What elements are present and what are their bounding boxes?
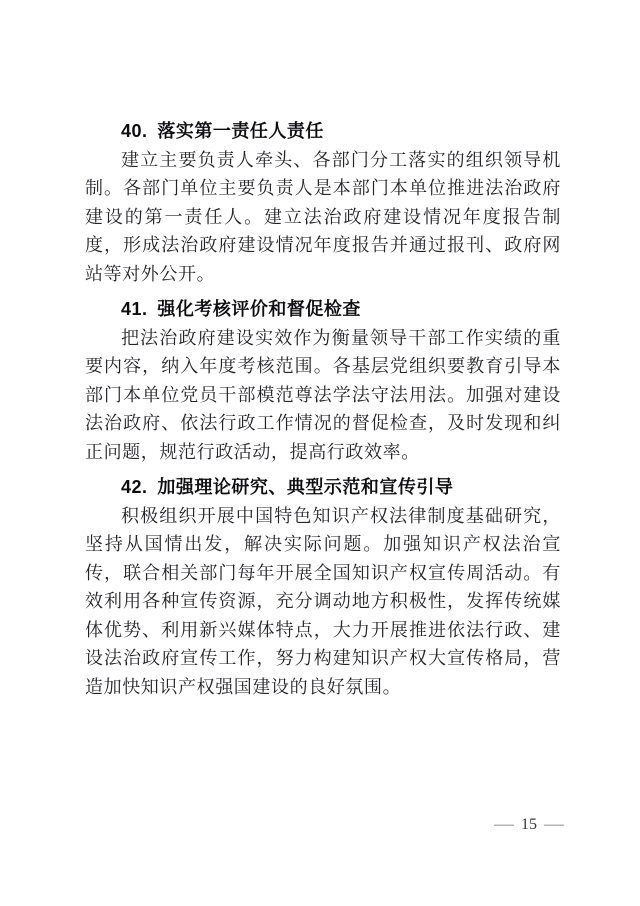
section-paragraph: 积极组织开展中国特色知识产权法律制度基础研究，坚持从国情出发，解决实际问题。加强… bbox=[85, 502, 561, 702]
footer-dash-left: — bbox=[494, 814, 514, 836]
page-number: 15 bbox=[521, 814, 537, 836]
section-number: 42. bbox=[121, 477, 148, 497]
section-heading: 41.强化考核评价和督促检查 bbox=[85, 295, 561, 324]
section-42: 42.加强理论研究、典型示范和宣传引导 积极组织开展中国特色知识产权法律制度基础… bbox=[85, 473, 561, 701]
section-title: 加强理论研究、典型示范和宣传引导 bbox=[157, 477, 453, 497]
section-number: 40. bbox=[121, 121, 148, 141]
section-heading: 42.加强理论研究、典型示范和宣传引导 bbox=[85, 473, 561, 502]
section-number: 41. bbox=[121, 299, 148, 319]
section-paragraph: 把法治政府建设实效作为衡量领导干部工作实绩的重要内容，纳入年度考核范围。各基层党… bbox=[85, 324, 561, 467]
section-heading: 40.落实第一责任人责任 bbox=[85, 117, 561, 146]
document-content: 40.落实第一责任人责任 建立主要负责人牵头、各部门分工落实的组织领导机制。各部… bbox=[85, 110, 561, 701]
section-title: 落实第一责任人责任 bbox=[157, 121, 324, 141]
document-page: 40.落实第一责任人责任 建立主要负责人牵头、各部门分工落实的组织领导机制。各部… bbox=[0, 0, 640, 906]
section-40: 40.落实第一责任人责任 建立主要负责人牵头、各部门分工落实的组织领导机制。各部… bbox=[85, 117, 561, 288]
page-footer: — 15 — bbox=[496, 814, 562, 836]
section-paragraph: 建立主要负责人牵头、各部门分工落实的组织领导机制。各部门单位主要负责人是本部门本… bbox=[85, 146, 561, 289]
footer-dash-right: — bbox=[544, 814, 564, 836]
section-title: 强化考核评价和督促检查 bbox=[157, 299, 361, 319]
section-41: 41.强化考核评价和督促检查 把法治政府建设实效作为衡量领导干部工作实绩的重要内… bbox=[85, 295, 561, 466]
